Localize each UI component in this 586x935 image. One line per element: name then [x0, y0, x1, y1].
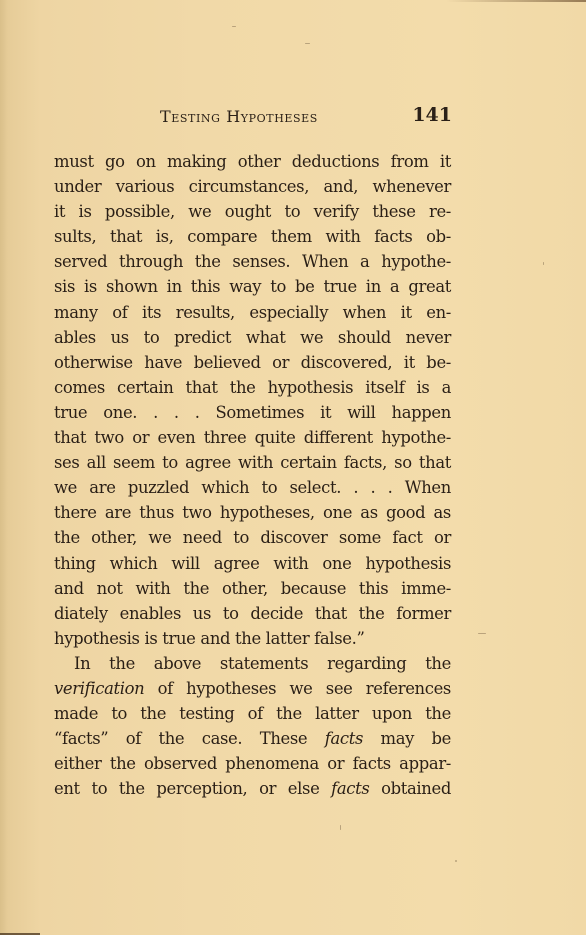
text-line: ses all seem to agree with certain facts…: [54, 450, 451, 475]
paragraph-verification: In the above statements regarding the ve…: [54, 651, 451, 802]
text-line: “facts” of the case. These facts may be: [54, 726, 451, 751]
text-line: it is possible, we ought to verify these…: [54, 199, 451, 224]
running-head: Testing Hypotheses 141: [160, 103, 452, 129]
text-line: there are thus two hypotheses, one as go…: [54, 500, 451, 525]
text-fragment: “facts” of the case. These: [54, 729, 325, 748]
paper-speck: [305, 43, 310, 44]
text-line: made to the testing of the latter upon t…: [54, 701, 451, 726]
text-line: sis is shown in this way to be true in a…: [54, 274, 451, 299]
text-line: sults, that is, compare them with facts …: [54, 224, 451, 249]
italic-term: facts: [325, 729, 363, 748]
text-fragment: obtained: [369, 779, 451, 798]
text-fragment: may be: [363, 729, 451, 748]
text-line: the other, we need to discover some fact…: [54, 525, 451, 550]
paper-speck: [478, 633, 486, 634]
text-line: ables us to predict what we should never: [54, 325, 451, 350]
text-line: either the observed phenomena or facts a…: [54, 751, 451, 776]
running-title: Testing Hypotheses: [160, 107, 318, 126]
paper-speck: [543, 262, 544, 265]
text-line: verification of hypotheses we see refere…: [54, 676, 451, 701]
text-line: diately enables us to decide that the fo…: [54, 601, 451, 626]
text-line: otherwise have believed or discovered, i…: [54, 350, 451, 375]
text-line: true one. . . . Sometimes it will happen: [54, 400, 451, 425]
page-edge-shadow-top: [446, 0, 586, 2]
text-line: In the above statements regarding the: [54, 651, 451, 676]
page-number: 141: [412, 104, 452, 126]
paper-speck: [232, 26, 236, 27]
text-line: comes certain that the hypothesis itself…: [54, 375, 451, 400]
text-line: we are puzzled which to select. . . . Wh…: [54, 475, 451, 500]
body-text: must go on making other deductions from …: [54, 149, 451, 801]
text-line: served through the senses. When a hypoth…: [54, 249, 451, 274]
text-line: under various circumstances, and, whenev…: [54, 174, 451, 199]
text-line: many of its results, especially when it …: [54, 300, 451, 325]
text-fragment: of hypotheses we see references: [144, 679, 451, 698]
book-page: Testing Hypotheses 141 must go on making…: [0, 0, 586, 935]
text-fragment: ent to the perception, or else: [54, 779, 331, 798]
italic-term: facts: [331, 779, 369, 798]
paper-speck: [455, 860, 457, 862]
text-line: thing which will agree with one hypothes…: [54, 551, 451, 576]
text-line: ent to the perception, or else facts obt…: [54, 776, 451, 801]
text-line: must go on making other deductions from …: [54, 149, 451, 174]
text-line: that two or even three quite different h…: [54, 425, 451, 450]
paragraph-continued-quote: must go on making other deductions from …: [54, 149, 451, 651]
italic-term: verification: [54, 679, 144, 698]
text-line: and not with the other, because this imm…: [54, 576, 451, 601]
paper-speck: [340, 825, 341, 830]
text-line: hypothesis is true and the latter false.…: [54, 626, 451, 651]
